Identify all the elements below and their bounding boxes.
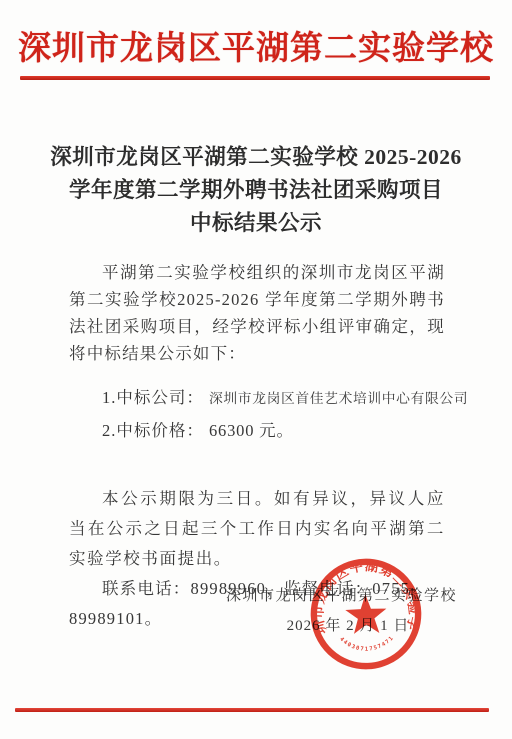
seal-serial-path: 4403071757471	[338, 635, 396, 654]
title-line-3: 中标结果公示	[190, 211, 322, 235]
winning-price-value: 66300 元。	[209, 421, 294, 440]
winning-price-label: 2.中标价格：	[102, 421, 204, 440]
title-line-2: 学年度第二学期外聘书法社团采购项目	[69, 178, 443, 202]
winning-price-row: 2.中标价格： 66300 元。	[69, 415, 445, 447]
winning-company-value: 深圳市龙岗区首佳艺术培训中心有限公司	[209, 391, 468, 406]
intro-paragraph: 平湖第二实验学校组织的深圳市龙岗区平湖第二实验学校2025-2026 学年度第二…	[69, 259, 445, 367]
footer-divider	[15, 708, 489, 712]
official-seal: 深圳市龙岗区平湖第二实验学校 4403071757471	[305, 553, 427, 675]
document-page: 深圳市龙岗区平湖第二实验学校 深圳市龙岗区平湖第二实验学校 2025-2026 …	[0, 0, 512, 739]
letterhead-divider	[20, 76, 490, 80]
title-line-1: 深圳市龙岗区平湖第二实验学校 2025-2026	[50, 145, 462, 169]
document-title: 深圳市龙岗区平湖第二实验学校 2025-2026 学年度第二学期外聘书法社团采购…	[30, 141, 482, 240]
winning-company-label: 1.中标公司：	[102, 388, 204, 407]
seal-serial-number: 4403071757471	[338, 635, 396, 654]
seal-star-icon	[345, 594, 387, 635]
letterhead-school-name: 深圳市龙岗区平湖第二实验学校	[0, 22, 512, 69]
winning-company-row: 1.中标公司： 深圳市龙岗区首佳艺术培训中心有限公司	[69, 382, 445, 415]
result-items: 1.中标公司： 深圳市龙岗区首佳艺术培训中心有限公司 2.中标价格： 66300…	[69, 382, 445, 447]
